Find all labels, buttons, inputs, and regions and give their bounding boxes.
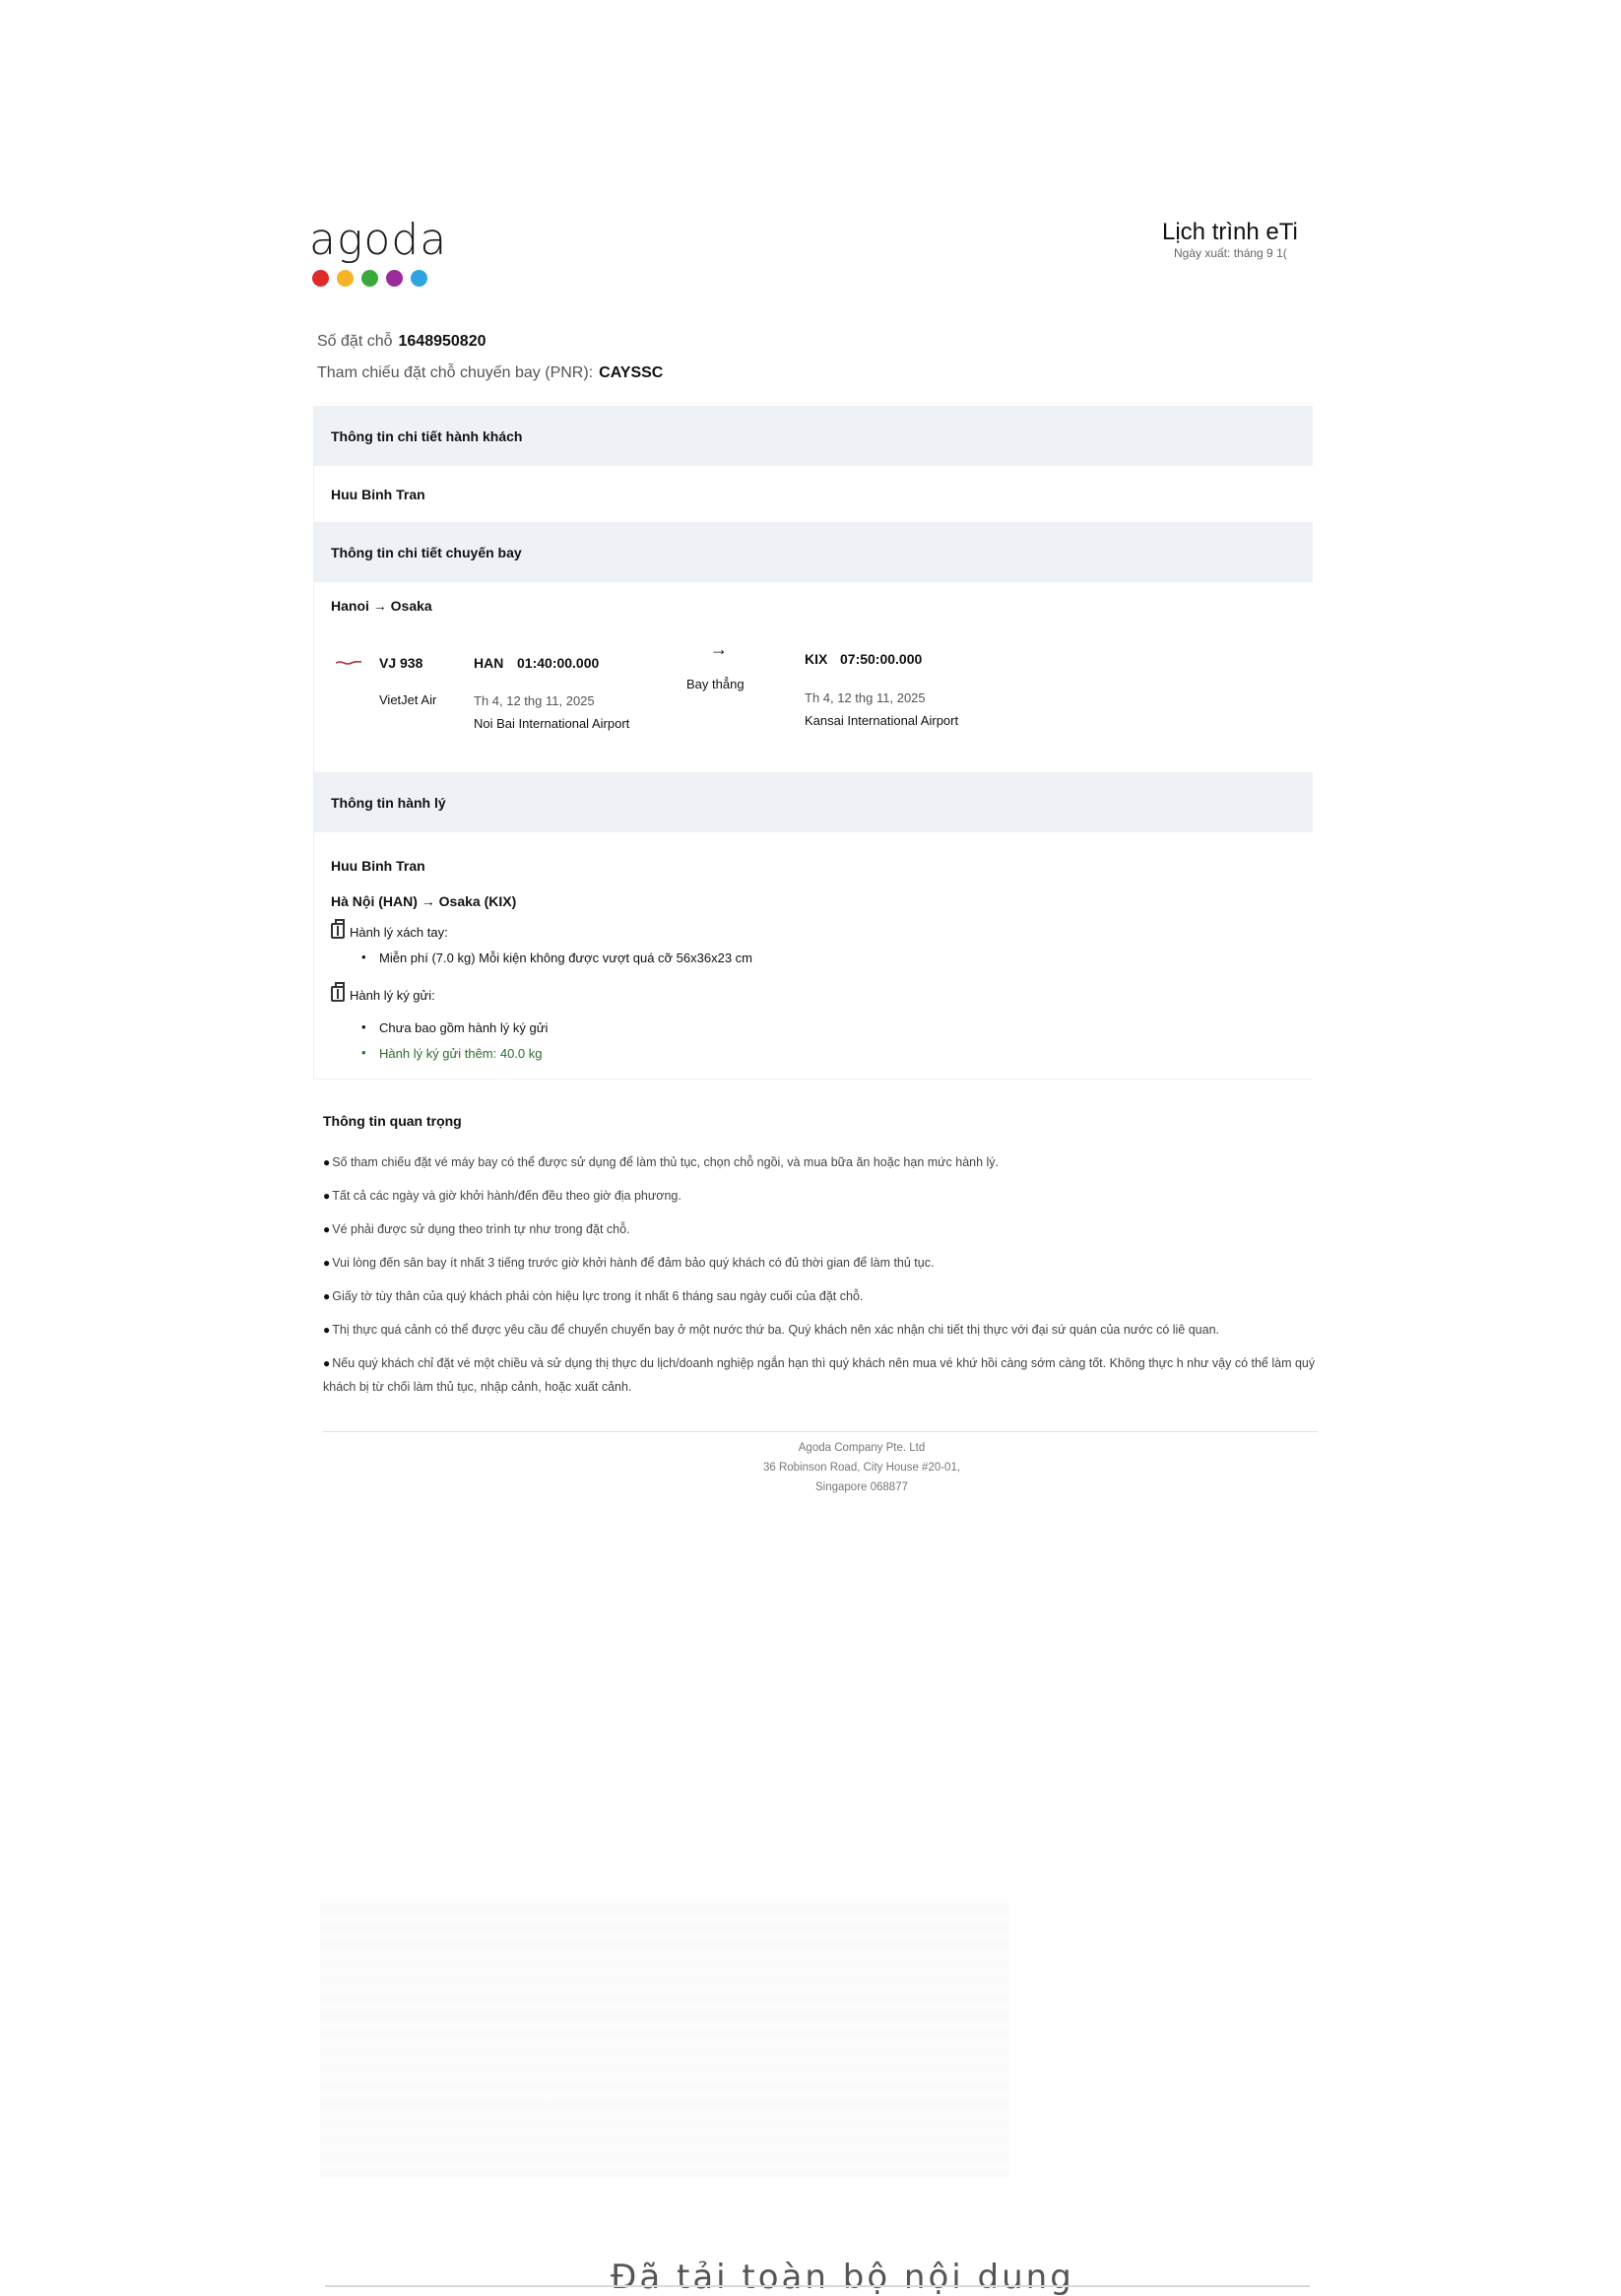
arrival-time: 07:50:00.000: [840, 651, 922, 667]
important-item: ●Số tham chiếu đặt vé máy bay có thể đượ…: [323, 1150, 1322, 1174]
eticket-page: agoda Lịch trình eTi Ngày xuất: tháng 9 …: [0, 0, 1621, 2296]
issue-date: Ngày xuất: tháng 9 1(: [1174, 246, 1312, 260]
important-item: ●Tất cả các ngày và giờ khởi hành/đến đề…: [323, 1184, 1322, 1208]
baggage-route: Hà Nội (HAN) → Osaka (KIX): [331, 893, 516, 909]
flight-stops: Bay thẳng: [686, 677, 745, 691]
brand-dot-yellow: [337, 270, 354, 287]
airline-logo-icon: [336, 661, 361, 665]
airline-name: VietJet Air: [379, 692, 436, 707]
brand-dot-green: [361, 270, 378, 287]
carry-on-item: Miễn phí (7.0 kg) Mỗi kiện không được vư…: [361, 951, 752, 965]
flight-details: Hanoi → Osaka VJ 938 VietJet Air HAN 01:…: [314, 582, 1313, 793]
important-item: ●Vui lòng đến sân bay ít nhất 3 tiếng tr…: [323, 1251, 1322, 1275]
bullet-icon: ●: [323, 1356, 330, 1370]
carry-on-label: Hành lý xách tay:: [350, 925, 448, 940]
carry-on-list: Miễn phí (7.0 kg) Mỗi kiện không được vư…: [361, 951, 752, 965]
footer-company: Agoda Company Pte. Ltd: [689, 1438, 1034, 1458]
section-title: Thông tin chi tiết chuyến bay: [314, 523, 1313, 582]
important-item: ●Nếu quý khách chỉ đặt vé một chiều và s…: [323, 1351, 1322, 1399]
bullet-icon: ●: [323, 1155, 330, 1169]
brand-dot-red: [312, 270, 329, 287]
departure-date: Th 4, 12 thg 11, 2025: [474, 693, 595, 708]
footer-city: Singapore 068877: [689, 1477, 1034, 1497]
important-info: Thông tin quan trọng ●Số tham chiếu đặt …: [323, 1113, 1322, 1409]
footer-address: Agoda Company Pte. Ltd 36 Robinson Road,…: [689, 1438, 1034, 1497]
important-item: ●Giấy tờ tùy thân của quý khách phải còn…: [323, 1284, 1322, 1308]
departure-airport: Noi Bai International Airport: [474, 716, 629, 731]
status-divider: [325, 2285, 1310, 2287]
flight-section: Thông tin chi tiết chuyến bay Hanoi → Os…: [313, 522, 1313, 794]
section-title: Thông tin hành lý: [314, 773, 1313, 832]
baggage-details: Huu Binh Tran Hà Nội (HAN) → Osaka (KIX)…: [314, 832, 1313, 1079]
section-title: Thông tin chi tiết hành khách: [314, 407, 1313, 466]
flight-arrow-icon: →: [710, 639, 728, 660]
departure-time: 01:40:00.000: [517, 655, 599, 671]
baggage-passenger: Huu Binh Tran: [331, 858, 425, 874]
bullet-icon: ●: [323, 1323, 330, 1337]
arrival-code: KIX: [805, 651, 827, 667]
departure-code: HAN: [474, 655, 503, 671]
passenger-section: Thông tin chi tiết hành khách Huu Binh T…: [313, 406, 1313, 524]
checked-list: Chưa bao gồm hành lý ký gửi Hành lý ký g…: [361, 1016, 548, 1067]
flight-number: VJ 938: [379, 655, 422, 671]
brand-dot-blue: [411, 270, 427, 287]
baggage-section: Thông tin hành lý Huu Binh Tran Hà Nội (…: [313, 772, 1313, 1080]
passenger-name: Huu Binh Tran: [314, 466, 1313, 523]
arrival-airport: Kansai International Airport: [805, 713, 958, 728]
pnr-label: Tham chiếu đặt chỗ chuyến bay (PNR):: [317, 364, 593, 381]
booking-number-row: Số đặt chỗ1648950820: [317, 333, 486, 351]
load-complete-status: Đã tải toàn bộ nội dung: [611, 2258, 1074, 2296]
brand-wordmark: agoda: [309, 219, 447, 262]
important-item: ●Vé phải được sử dụng theo trình tự như …: [323, 1217, 1322, 1241]
agoda-logo: agoda: [309, 219, 447, 287]
flight-route: Hanoi → Osaka: [331, 598, 432, 614]
bullet-icon: ●: [323, 1222, 330, 1236]
checked-luggage-icon: [331, 986, 345, 1002]
carry-on-bag-icon: [331, 923, 345, 939]
pnr-row: Tham chiếu đặt chỗ chuyến bay (PNR):CAYS…: [317, 364, 663, 382]
footer-street: 36 Robinson Road, City House #20-01,: [689, 1458, 1034, 1477]
footer-divider: [323, 1431, 1318, 1432]
important-title: Thông tin quan trọng: [323, 1113, 1322, 1129]
bullet-icon: ●: [323, 1289, 330, 1303]
faded-scan-area: [320, 1901, 1009, 2177]
important-item: ●Thị thực quá cảnh có thể được yêu cầu đ…: [323, 1318, 1322, 1342]
arrival-date: Th 4, 12 thg 11, 2025: [805, 690, 926, 705]
checked-item: Chưa bao gồm hành lý ký gửi: [361, 1016, 548, 1041]
brand-dot-purple: [386, 270, 403, 287]
bullet-icon: ●: [323, 1256, 330, 1270]
booking-number-label: Số đặt chỗ: [317, 333, 393, 350]
checked-label: Hành lý ký gửi:: [350, 988, 435, 1003]
pnr-code: CAYSSC: [599, 364, 663, 381]
document-title: Lịch trình eTi: [1162, 219, 1312, 246]
important-list: ●Số tham chiếu đặt vé máy bay có thể đượ…: [323, 1150, 1322, 1399]
carry-on-heading: Hành lý xách tay:: [331, 923, 448, 940]
checked-heading: Hành lý ký gửi:: [331, 986, 435, 1003]
checked-extra-item: Hành lý ký gửi thêm: 40.0 kg: [361, 1041, 548, 1067]
booking-number: 1648950820: [399, 333, 486, 350]
bullet-icon: ●: [323, 1189, 330, 1203]
brand-dots: [312, 270, 447, 287]
